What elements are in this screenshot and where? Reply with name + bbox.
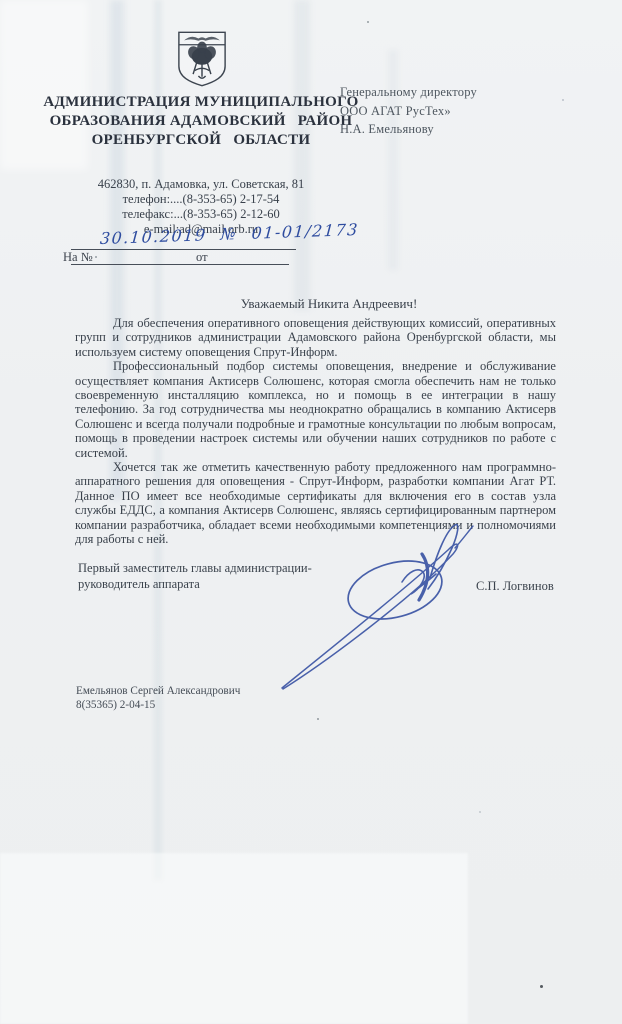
scan-speck [540, 985, 543, 988]
body-paragraph: Профессиональный подбор системы оповещен… [75, 359, 556, 460]
recipient-name: Н.А. Емельянову [340, 120, 477, 139]
executor-contact: Емельянов Сергей Александрович 8(35365) … [76, 685, 240, 712]
org-line: ОРЕНБУРГСКОЙ ОБЛАСТИ [92, 132, 311, 148]
handwritten-signature-icon [262, 518, 474, 696]
reference-rule-top [71, 249, 296, 250]
org-line: АДАМОВСКИЙ РАЙОН [170, 113, 353, 129]
letter-body: Для обеспечения оперативного оповещения … [75, 316, 556, 547]
scan-speck [367, 21, 369, 23]
scan-speck [95, 256, 97, 258]
handwritten-outgoing-number: 01-01/2173 [251, 220, 360, 243]
reply-from-label: от [196, 250, 208, 265]
scan-speck [479, 811, 481, 813]
scan-light-band [0, 853, 468, 1024]
coat-of-arms-icon [170, 26, 234, 92]
fax-line: телефакс:...(8-353-65) 2-12-60 [36, 207, 366, 222]
scanned-letter-page: АДМИНИСТРАЦИЯ МУНИЦИПАЛЬНОГО ОБРАЗОВАНИЯ… [0, 0, 622, 1024]
letterhead-organization: АДМИНИСТРАЦИЯ МУНИЦИПАЛЬНОГО ОБРАЗОВАНИЯ… [36, 93, 366, 151]
recipient-block: Генеральному директору ООО АГАТ РусТех» … [340, 83, 477, 139]
scan-streak [294, 0, 310, 310]
recipient-company: ООО АГАТ РусТех» [340, 102, 477, 121]
org-line: АДМИНИСТРАЦИЯ [43, 94, 190, 110]
phone-line: телефон:....(8-353-65) 2-17-54 [36, 192, 366, 207]
salutation: Уважаемый Никита Андреевич! [89, 296, 569, 312]
recipient-title: Генеральному директору [340, 83, 477, 102]
number-sign: № [220, 224, 236, 244]
body-paragraph: Для обеспечения оперативного оповещения … [75, 316, 556, 359]
executor-phone: 8(35365) 2-04-15 [76, 699, 240, 713]
postal-address: 462830, п. Адамовка, ул. Советская, 81 [36, 177, 366, 192]
signatory-name: С.П. Логвинов [476, 579, 554, 594]
reference-rule-bottom [71, 264, 289, 265]
org-line: МУНИЦИПАЛЬНОГО [195, 94, 359, 110]
scan-speck [317, 718, 319, 720]
org-line: ОБРАЗОВАНИЯ [50, 113, 166, 129]
executor-name: Емельянов Сергей Александрович [76, 685, 240, 699]
handwritten-date: 30.10.2019 [99, 225, 207, 248]
reply-number-label: На № [63, 250, 93, 265]
scan-speck [562, 99, 564, 101]
